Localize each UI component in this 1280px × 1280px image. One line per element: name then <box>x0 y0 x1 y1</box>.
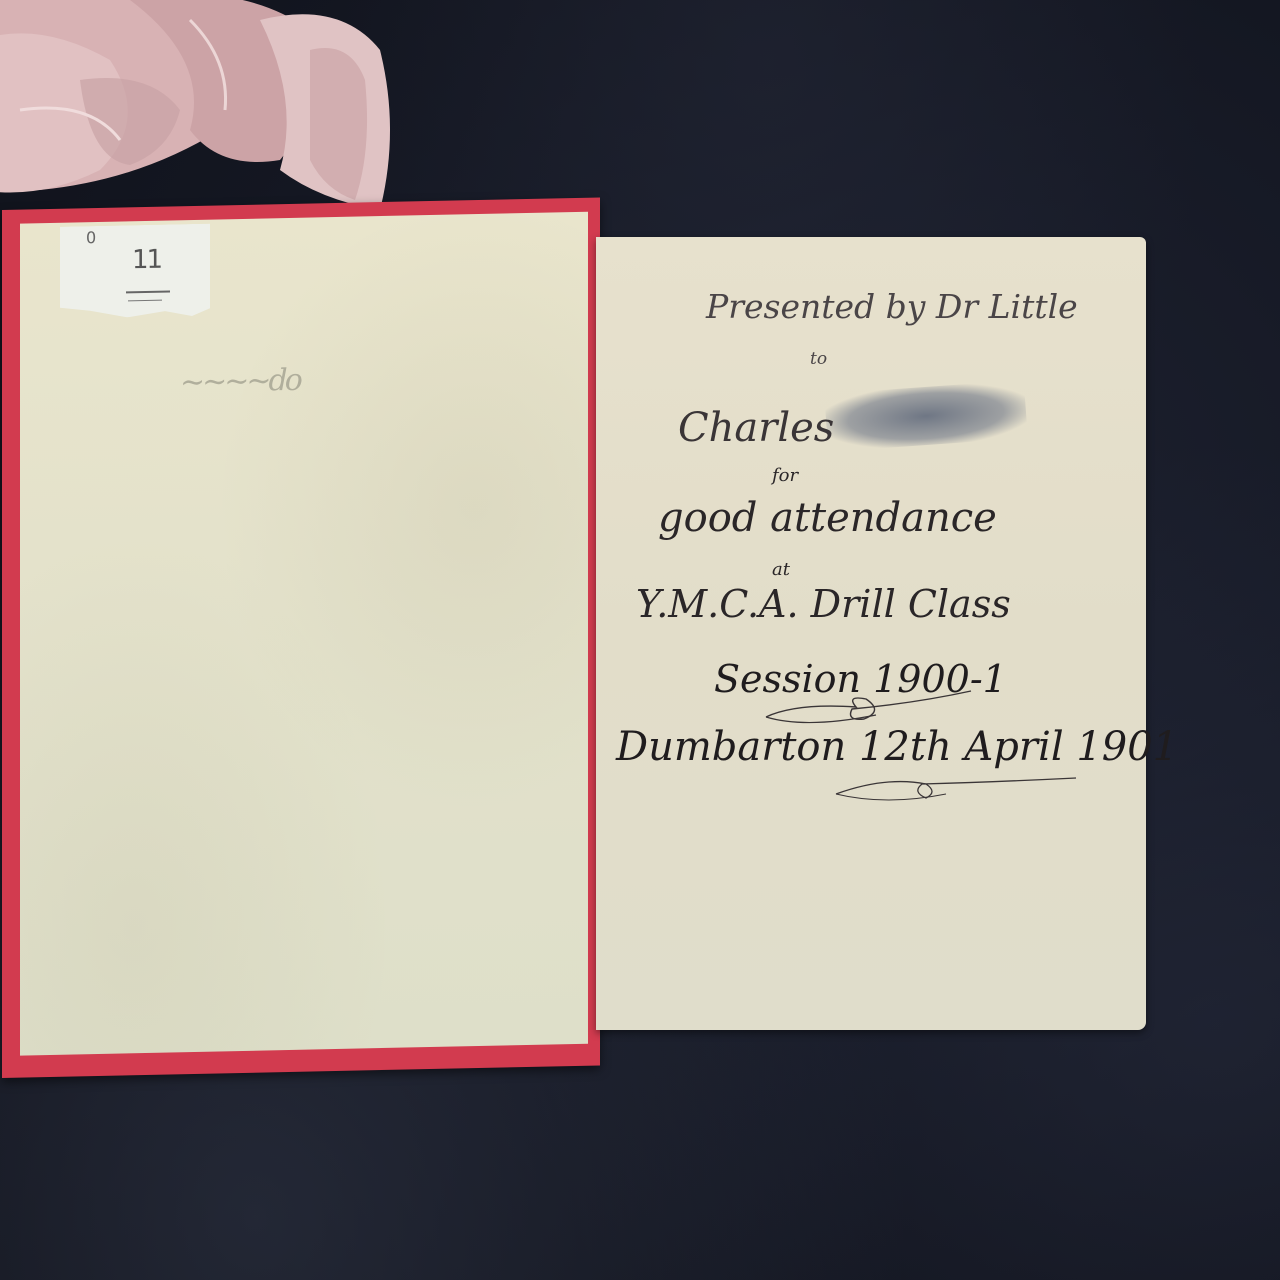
inscription-good-attendance: good attendance <box>658 495 997 541</box>
left-cover-board: 0 11 ~~~~do <box>2 197 600 1078</box>
inscription-presented-by: Presented by Dr Little <box>706 287 1078 326</box>
left-pastedown-page: 0 11 ~~~~do <box>20 212 588 1056</box>
inscription-at: at <box>772 559 790 580</box>
inscription-to: to <box>810 349 827 369</box>
label-underline <box>126 290 170 293</box>
label-corner-mark: 0 <box>86 228 96 247</box>
redacted-surname-scribble <box>824 380 1028 452</box>
label-underline-2 <box>128 300 162 302</box>
label-number: 11 <box>132 245 161 276</box>
handwritten-inscription: Presented by Dr Little to Charles for go… <box>596 237 1146 1030</box>
inscription-recipient-name: Charles <box>678 405 834 451</box>
inscription-ymca-drill-class: Y.M.C.A. Drill Class <box>636 582 1011 626</box>
library-label: 0 11 <box>60 224 210 319</box>
flourish-bottom <box>826 772 1086 812</box>
pink-rose <box>0 0 440 220</box>
inscription-for: for <box>772 465 798 486</box>
inscription-place-date: Dumbarton 12th April 1901 <box>616 724 1178 770</box>
pencil-scrawl: ~~~~do <box>180 363 300 401</box>
